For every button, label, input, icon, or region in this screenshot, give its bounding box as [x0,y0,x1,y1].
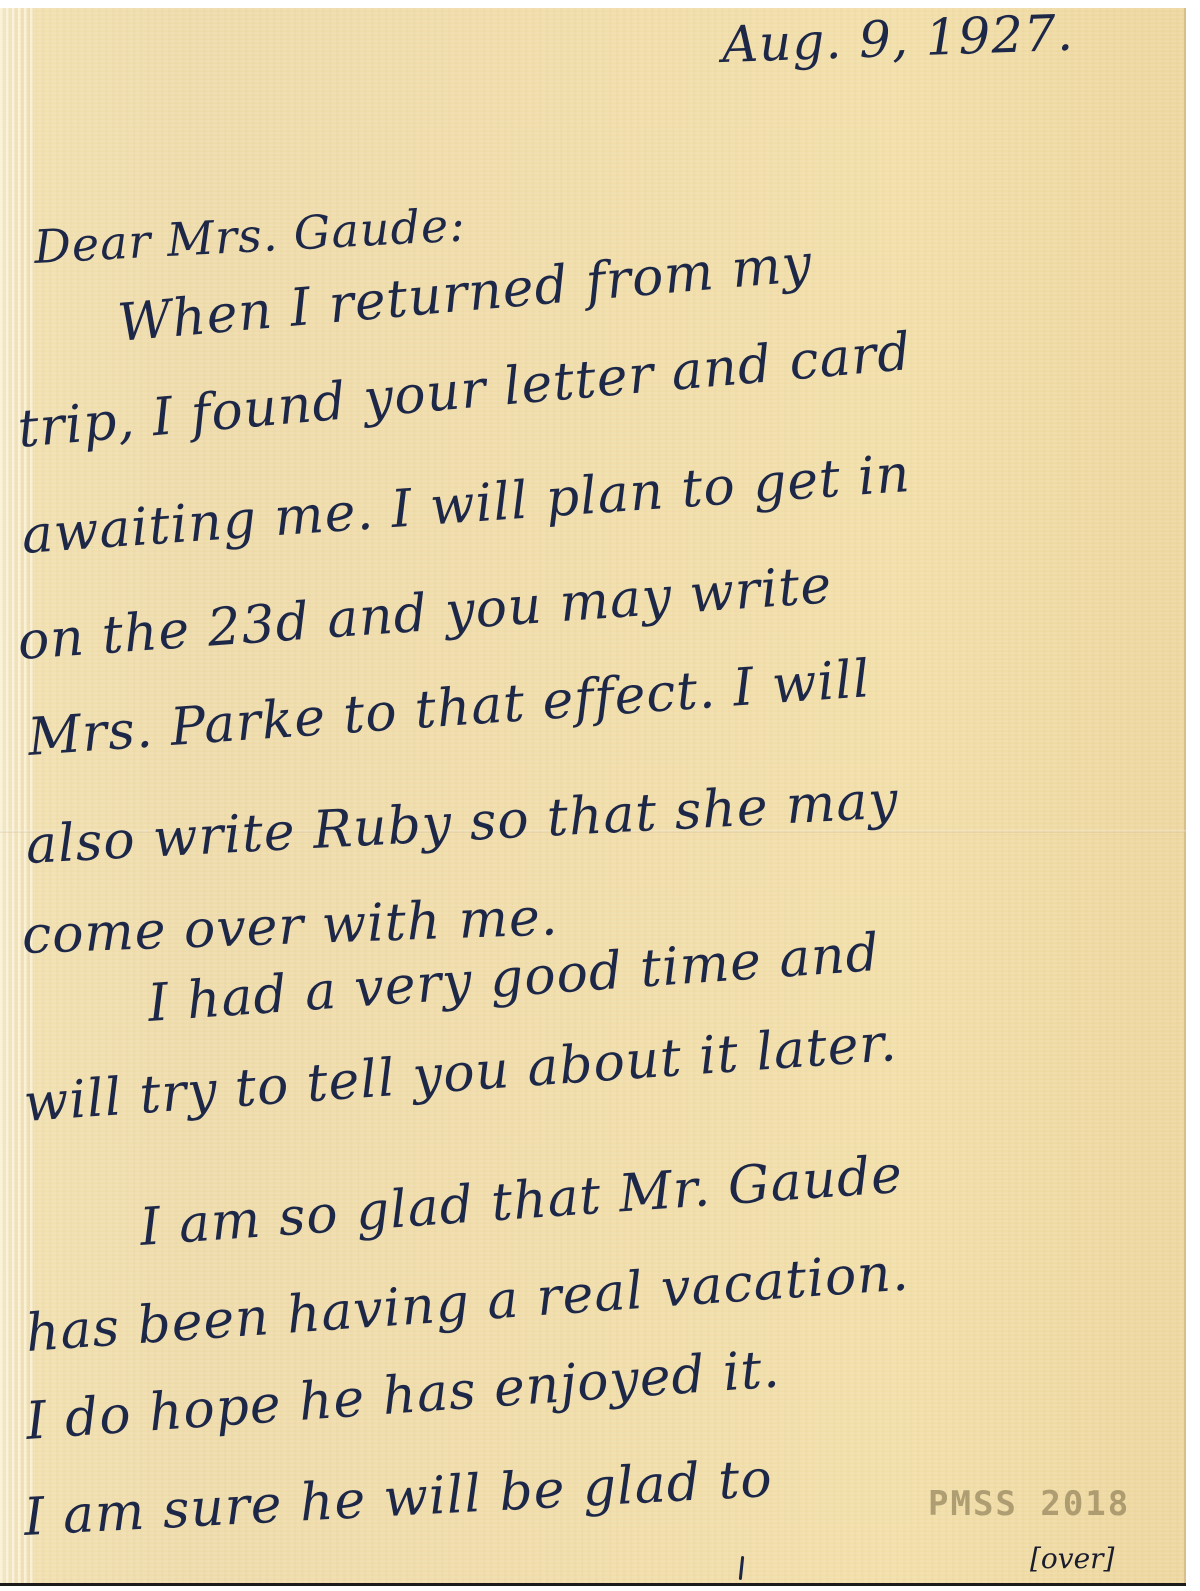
letter-line-3: awaiting me. I will plan to get in [20,444,912,566]
paper-bottom-edge [0,1583,1186,1586]
letter-page: Aug. 9, 1927. Dear Mrs. Gaude: When I re… [0,8,1186,1586]
letter-line-10: I am so glad that Mr. Gaude [138,1145,905,1258]
letter-salutation: Dear Mrs. Gaude: [33,197,467,274]
letter-date: Aug. 9, 1927. [721,4,1075,74]
archive-watermark: PMSS 2018 [928,1484,1130,1524]
letter-line-6: also write Ruby so that she may [24,770,900,876]
letter-line-5: Mrs. Parke to that effect. I will [26,649,872,768]
ink-stroke [739,1556,744,1580]
letter-line-13: I am sure he will be glad to [22,1449,774,1548]
letter-line-4: on the 23d and you may write [16,555,834,672]
continuation-mark: [over] [1030,1542,1114,1575]
